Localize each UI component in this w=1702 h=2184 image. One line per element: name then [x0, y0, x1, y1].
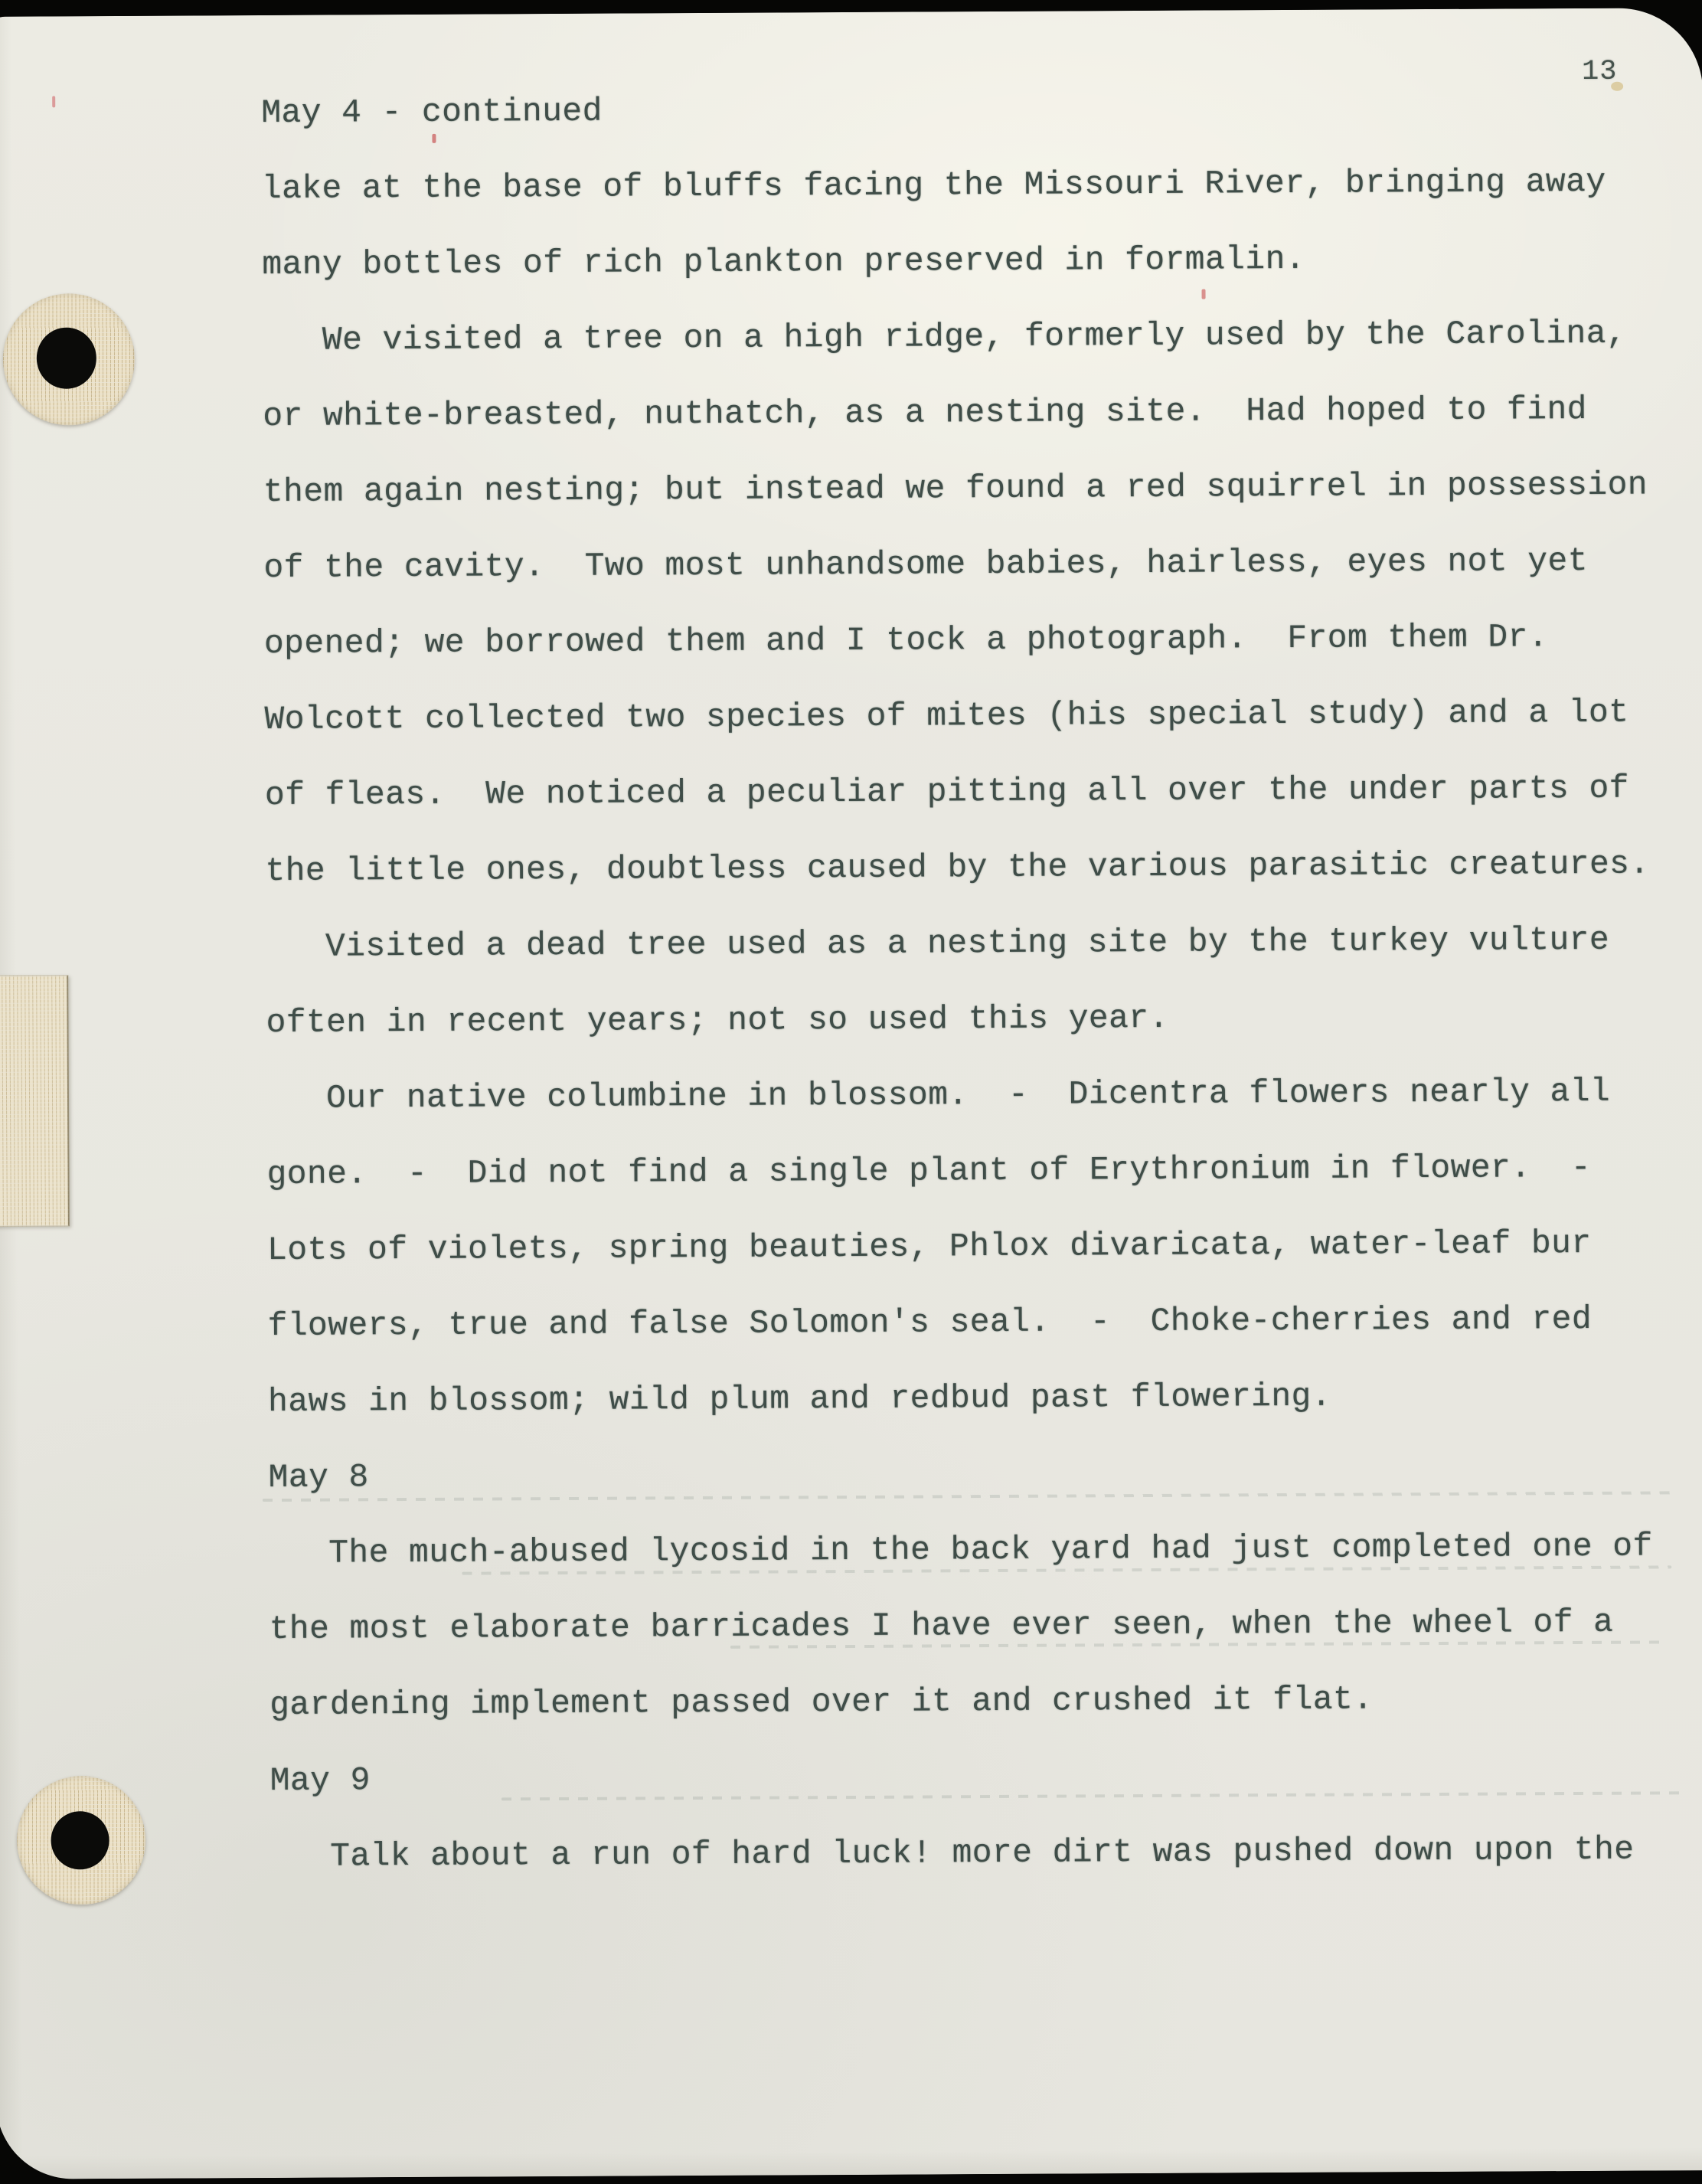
red-ink-speck	[432, 134, 436, 143]
typewritten-text: May 4 - continuedlake at the base of blu…	[261, 67, 1679, 1895]
cloth-binding-tab	[0, 975, 70, 1227]
journal-page: 13 May 4 - continuedlake at the base of …	[0, 8, 1702, 2179]
hole-punch-reinforcement-bottom	[17, 1776, 146, 1905]
text-line: lake at the base of bluffs facing the Mi…	[262, 143, 1671, 227]
text-line: Our native columbine in blossom. - Dicen…	[266, 1053, 1675, 1136]
text-line: We visited a tree on a high ridge, forme…	[263, 295, 1671, 378]
text-line: them again nesting; but instead we found…	[263, 446, 1672, 530]
text-line: gardening implement passed over it and c…	[270, 1659, 1678, 1743]
text-line: flowers, true and false Solomon's seal. …	[267, 1280, 1676, 1364]
punched-hole-top	[37, 328, 96, 389]
text-line: the most elaborate barricades I have eve…	[269, 1584, 1677, 1667]
text-line: The much-abused lycosid in the back yard…	[269, 1508, 1677, 1591]
punched-hole-bottom	[51, 1811, 109, 1869]
text-line: often in recent years; not so used this …	[266, 977, 1674, 1061]
text-line: many bottles of rich plankton preserved …	[262, 219, 1671, 302]
red-ink-speck	[52, 96, 55, 107]
text-line: or white-breasted, nuthatch, as a nestin…	[263, 371, 1671, 454]
text-line: of the cavity. Two most unhandsome babie…	[263, 522, 1672, 606]
text-line: Talk about a run of hard luck! more dirt…	[270, 1811, 1679, 1895]
text-line: of fleas. We noticed a peculiar pitting …	[265, 750, 1674, 833]
red-ink-speck	[1202, 289, 1206, 299]
text-line: Wolcott collected two species of mites (…	[264, 674, 1673, 757]
text-line: Lots of violets, spring beauties, Phlox …	[267, 1205, 1676, 1288]
text-line: Visited a dead tree used as a nesting si…	[266, 901, 1674, 985]
date-heading: May 8	[268, 1432, 1677, 1515]
text-line: haws in blossom; wild plum and redbud pa…	[268, 1356, 1677, 1440]
scan-background: { "document": { "page_number": "13", "in…	[0, 0, 1702, 2184]
hole-punch-reinforcement-top	[3, 293, 136, 426]
text-line: gone. - Did not find a single plant of E…	[266, 1129, 1675, 1212]
text-line: opened; we borrowed them and I tock a ph…	[264, 598, 1673, 682]
date-heading: May 4 - continued	[261, 67, 1670, 151]
paper-smudge	[1611, 82, 1623, 91]
date-heading: May 9	[270, 1735, 1678, 1819]
text-line: the little ones, doubtless caused by the…	[265, 826, 1674, 909]
